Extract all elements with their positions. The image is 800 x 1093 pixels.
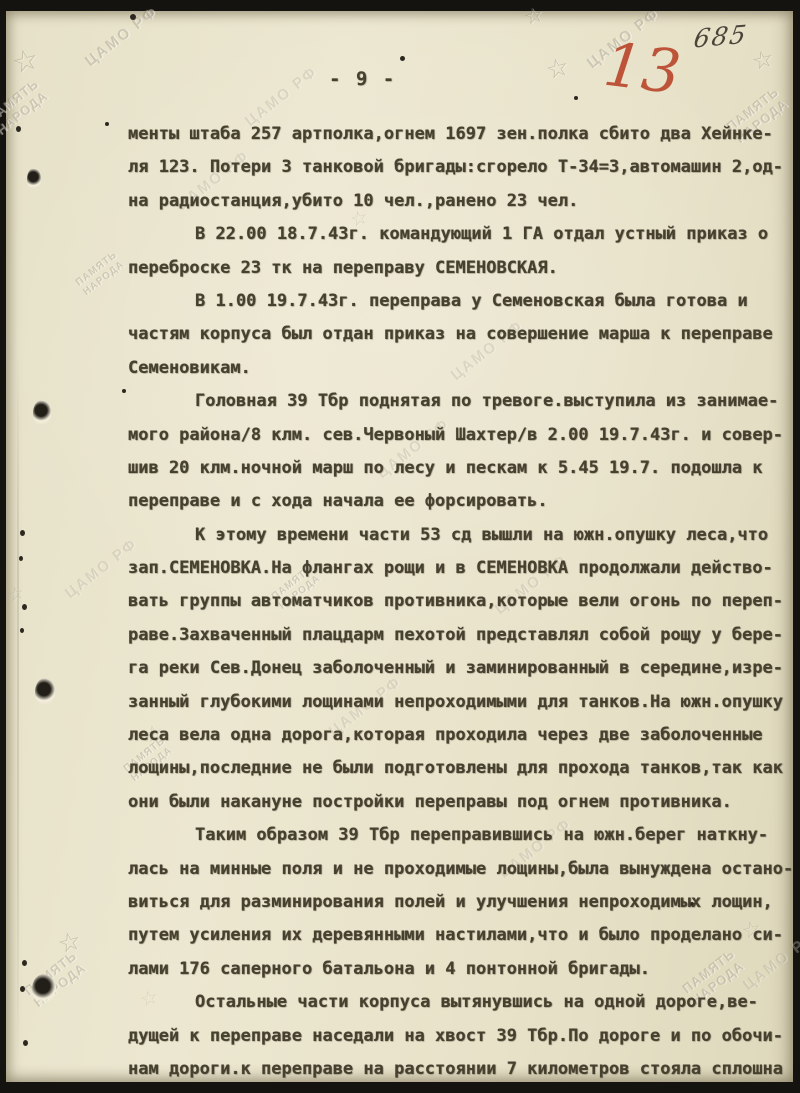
paper-tear — [32, 974, 56, 1004]
typed-lines: менты штаба 257 артполка,огнем 1697 зен.… — [128, 118, 790, 1086]
paper-tear — [33, 400, 51, 426]
typed-line: К этому времени части 53 сд вышли на южн… — [128, 519, 790, 552]
typed-line: переправе и с хода начала ее форсировать… — [128, 485, 790, 518]
typed-line: они были накануне постройки переправы по… — [128, 786, 790, 819]
ink-speck — [105, 122, 109, 126]
ink-speck — [130, 14, 136, 20]
ink-speck — [16, 126, 21, 132]
typed-line: га реки Сев.Донец заболоченный и заминир… — [128, 652, 790, 685]
ink-speck — [400, 56, 405, 61]
typed-line: шив 20 клм.ночной марш по лесу и пескам … — [128, 452, 790, 485]
typed-line: лами 176 саперного батальона и 4 понтонн… — [128, 953, 790, 986]
typed-line: виться для разминирования полей и улучше… — [128, 886, 790, 919]
typed-line: лась на минные поля и не проходимые лощи… — [128, 853, 790, 886]
typed-line: Головная 39 Тбр поднятая по тревоге.выст… — [128, 385, 790, 418]
ink-speck — [22, 604, 27, 610]
handwritten-archive-sheet-number: 685 — [692, 19, 750, 53]
ink-speck — [19, 556, 23, 561]
paper-tear — [27, 168, 41, 190]
ink-speck — [20, 628, 24, 633]
typed-line: занный глубокими лощинами непроходимыми … — [128, 686, 790, 719]
typed-line: мого района/8 клм. сев.Червоный Шахтер/в… — [128, 419, 790, 452]
typed-line: путем усиления их деревянными настилами,… — [128, 919, 790, 952]
scanned-document-page: ЦАМО РФ ЦАМО РФ ЦАМО РФ ЦАМО РФ ЦАМО РФ … — [0, 0, 800, 1093]
ink-speck — [23, 1040, 28, 1046]
typed-line: вать группы автоматчиков противника,кото… — [128, 585, 790, 618]
handwritten-red-page-number: 13 — [600, 30, 684, 109]
typed-line: зап.СЕМЕНОВКА.На флангах рощи и в СЕМЕНО… — [128, 552, 790, 585]
typed-line: на радиостанция,убито 10 чел.,ранено 23 … — [128, 185, 790, 218]
paper-tear — [35, 678, 55, 706]
typed-line: раве.Захваченный плацдарм пехотой предст… — [128, 619, 790, 652]
paper-crease — [17, 360, 19, 1070]
ink-speck — [20, 986, 25, 992]
typed-line: ля 123. Потери 3 танковой бригады:сгорел… — [128, 151, 790, 184]
typed-line: Семеновикам. — [128, 352, 790, 385]
typed-line: частям корпуса был отдан приказ на совер… — [128, 318, 790, 351]
typed-line: менты штаба 257 артполка,огнем 1697 зен.… — [128, 118, 790, 151]
typed-line: переброске 23 тк на переправу СЕМЕНОВСКА… — [128, 252, 790, 285]
typed-line: леса вела одна дорога,которая проходила … — [128, 719, 790, 752]
typed-line: Таким образом 39 Тбр переправившись на ю… — [128, 819, 790, 852]
typed-line: лощины,последние не были подготовлены дл… — [128, 752, 790, 785]
typed-line: В 22.00 18.7.43г. командующий 1 ГА отдал… — [128, 218, 790, 251]
typed-line: нам дороги.к переправе на расстоянии 7 к… — [128, 1053, 790, 1086]
ink-speck — [22, 960, 27, 966]
ink-speck — [20, 530, 25, 536]
typed-page-number: - 9 - — [329, 68, 396, 90]
ink-speck — [574, 96, 578, 100]
typed-line: В 1.00 19.7.43г. переправа у Семеновская… — [128, 285, 790, 318]
ink-speck — [122, 389, 126, 393]
typed-line: Остальные части корпуса вытянувшись на о… — [128, 986, 790, 1019]
typed-line: дущей к переправе наседали на хвост 39 Т… — [128, 1020, 790, 1053]
